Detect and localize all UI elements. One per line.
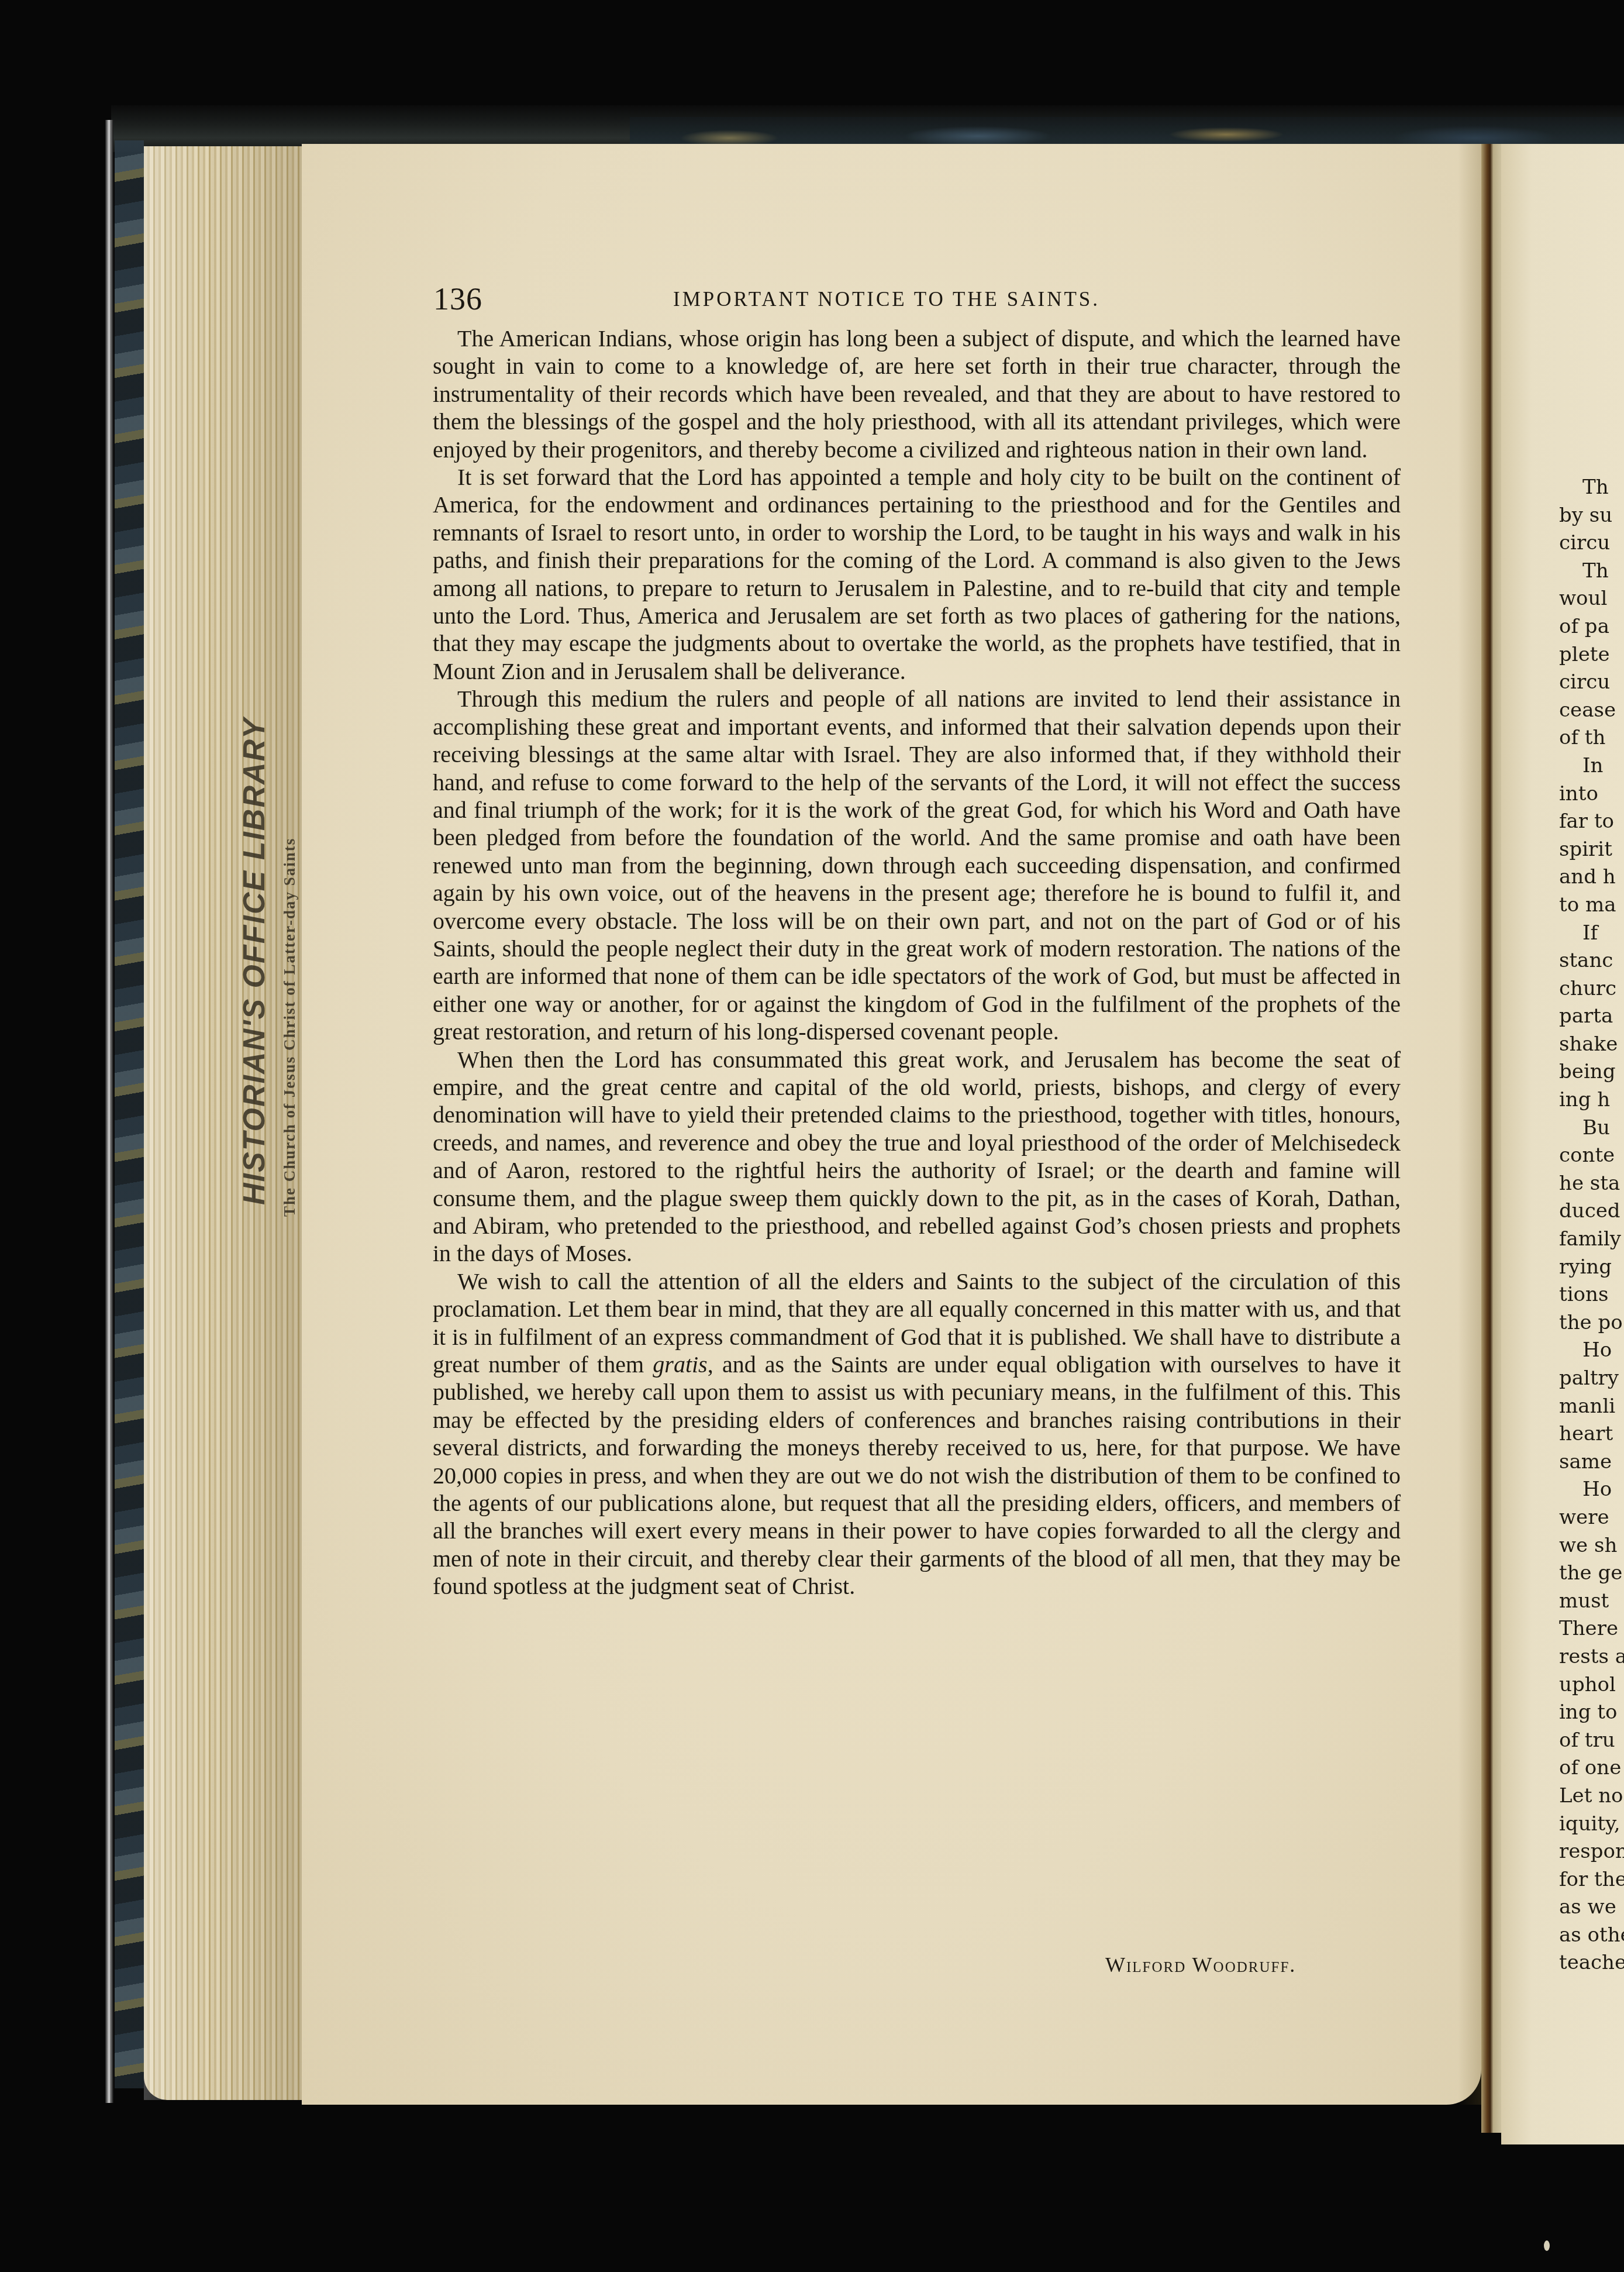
facing-page-line: cease [1559,697,1624,725]
facing-page-line: iquity, [1559,1810,1624,1839]
facing-page-line: woul [1559,585,1624,613]
facing-page-line: stanc [1559,947,1624,975]
facing-page-line: the ge [1559,1560,1624,1588]
italic-word: gratis [653,1351,707,1378]
facing-page-line: ing to [1559,1699,1624,1727]
facing-page-line: respon [1559,1838,1624,1866]
facing-page-line: In [1559,752,1624,780]
facing-page-line: we sh [1559,1532,1624,1560]
stamp-line-church: The Church of Jesus Christ of Latter-day… [281,784,299,1217]
facing-page-line: family [1559,1225,1624,1254]
facing-page-line: were [1559,1504,1624,1532]
paragraph: The American Indians, whose origin has l… [433,325,1401,463]
facing-page-line: paltry [1559,1365,1624,1393]
marbled-board-edge [115,140,144,2088]
paragraph: Through this medium the rulers and peopl… [433,685,1401,1045]
facing-page-line: ing h [1559,1086,1624,1114]
facing-page-line: shake [1559,1031,1624,1059]
facing-page-line: of th [1559,724,1624,752]
facing-page-line: circu [1559,669,1624,697]
facing-page-line: Th [1559,557,1624,586]
facing-page-line: Let no [1559,1782,1624,1810]
facing-page-text: Thby sucircuThwoulof papletecircuceaseof… [1559,474,1624,1977]
facing-page-line: being [1559,1058,1624,1086]
paragraph: It is set forward that the Lord has appo… [433,463,1401,685]
facing-page-line: Bu [1559,1114,1624,1142]
facing-page-line: teache [1559,1949,1624,1977]
paragraph-final: We wish to call the attention of all the… [433,1268,1401,1600]
facing-page-line: duced [1559,1197,1624,1225]
facing-page-line: circu [1559,529,1624,557]
facing-page-line: parta [1559,1003,1624,1031]
paragraph: When then the Lord has consummated this … [433,1046,1401,1268]
facing-page-line: the po [1559,1309,1624,1337]
facing-page-line: far to [1559,808,1624,836]
facing-page-line: as we [1559,1894,1624,1922]
facing-page-line: and h [1559,863,1624,891]
facing-page-line: as othe [1559,1922,1624,1950]
facing-page-line: of tru [1559,1727,1624,1755]
facing-page-line: churc [1559,975,1624,1003]
facing-page-line: he sta [1559,1170,1624,1198]
facing-page-line: for the [1559,1866,1624,1894]
facing-page-line: into [1559,780,1624,808]
facing-page-line: by su [1559,502,1624,530]
stamp-line-library: HISTORIAN'S OFFICE LIBRARY [237,796,272,1205]
facing-page-line: tions [1559,1281,1624,1309]
facing-page-line: to ma [1559,891,1624,920]
signature: Wilford Woodruff. [1105,1953,1296,1977]
facing-page-line: Ho [1559,1337,1624,1365]
facing-page-line: manli [1559,1393,1624,1421]
facing-page-line: Ho [1559,1476,1624,1504]
facing-page-line: Th [1559,474,1624,502]
book-gutter [1481,144,1501,2133]
dust-speck [1544,2240,1550,2251]
facing-page-line: same [1559,1448,1624,1476]
facing-page-line: conte [1559,1142,1624,1170]
facing-page-line: heart [1559,1420,1624,1448]
running-head: 136 IMPORTANT NOTICE TO THE SAINTS. [433,281,1428,322]
facing-page-line: rests a [1559,1643,1624,1671]
facing-page-line: spirit [1559,836,1624,864]
plastic-sleeve-edge [105,120,113,2103]
page-title: IMPORTANT NOTICE TO THE SAINTS. [673,288,1100,311]
facing-page-line: uphol [1559,1671,1624,1699]
facing-page-line: of pa [1559,613,1624,641]
facing-page-line: plete [1559,641,1624,669]
page-number: 136 [433,281,482,317]
facing-page-line: There [1559,1615,1624,1643]
facing-page-line: If [1559,920,1624,948]
article-body: The American Indians, whose origin has l… [433,325,1401,1600]
facing-page-line: must [1559,1588,1624,1616]
facing-page-line: rying [1559,1254,1624,1282]
facing-page-line: of one [1559,1754,1624,1782]
